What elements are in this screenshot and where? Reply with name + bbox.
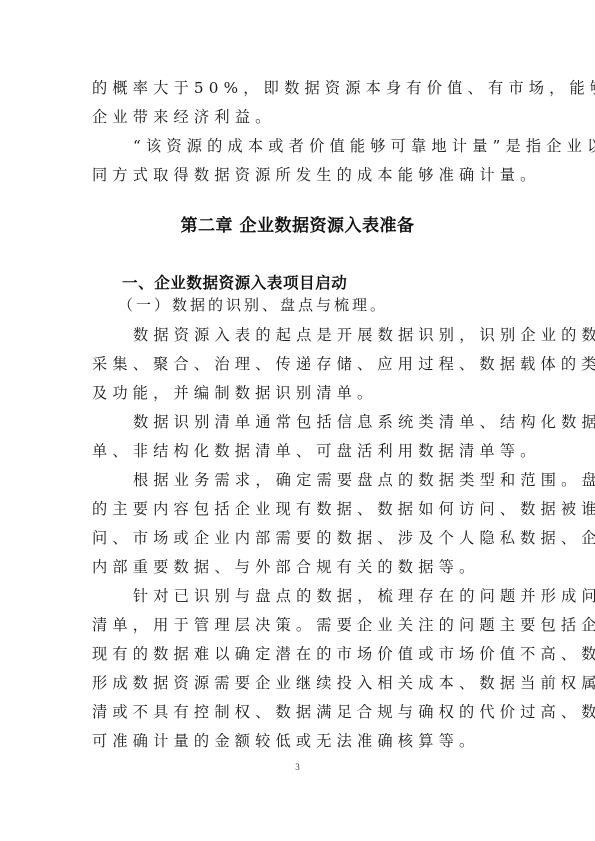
page-number: 3	[0, 762, 595, 772]
paragraph-line: 单、非结构化数据清单、可盘活利用数据清单等。	[92, 437, 504, 466]
paragraph-line: 的概率大于50%，即数据资源本身有价值、有市场，能够为	[92, 74, 504, 103]
chapter-title: 第二章 企业数据资源入表准备	[0, 211, 595, 236]
paragraph-line: 内部重要数据、与外部合规有关的数据等。	[92, 553, 504, 582]
document-page: 的概率大于50%，即数据资源本身有价值、有市场，能够为 企业带来经济利益。 “该…	[0, 0, 595, 841]
subsection-heading: （一）数据的识别、盘点与梳理。	[118, 294, 388, 315]
paragraph-line: 数据识别清单通常包括信息系统类清单、结构化数据清	[92, 408, 504, 437]
section-heading: 一、企业数据资源入表项目启动	[122, 271, 347, 293]
paragraph-line: 可准确计量的金额较低或无法准确核算等。	[92, 727, 504, 756]
paragraph-line: 根据业务需求，确定需要盘点的数据类型和范围。盘点	[92, 466, 504, 495]
paragraph-line: 同方式取得数据资源所发生的成本能够准确计量。	[92, 161, 504, 190]
paragraph-line: 企业带来经济利益。	[92, 103, 504, 132]
paragraph-line: 采集、聚合、治理、传递存储、应用过程、数据载体的类型	[92, 350, 504, 379]
paragraph-line: 数据资源入表的起点是开展数据识别，识别企业的数据	[92, 321, 504, 350]
paragraph-line: 及功能，并编制数据识别清单。	[92, 379, 504, 408]
paragraph-line: 清单，用于管理层决策。需要企业关注的问题主要包括企业	[92, 611, 504, 640]
paragraph-line: “该资源的成本或者价值能够可靠地计量”是指企业以不	[92, 132, 504, 161]
paragraph-line: 清或不具有控制权、数据满足合规与确权的代价过高、数据	[92, 698, 504, 727]
paragraph-line: 的主要内容包括企业现有数据、数据如何访问、数据被谁访	[92, 495, 504, 524]
paragraph-line: 问、市场或企业内部需要的数据、涉及个人隐私数据、企业	[92, 524, 504, 553]
intro-paragraphs: 的概率大于50%，即数据资源本身有价值、有市场，能够为 企业带来经济利益。 “该…	[92, 74, 504, 190]
paragraph-line: 形成数据资源需要企业继续投入相关成本、数据当前权属不	[92, 669, 504, 698]
paragraph-line: 现有的数据难以确定潜在的市场价值或市场价值不高、数据	[92, 640, 504, 669]
paragraph-line: 针对已识别与盘点的数据，梳理存在的问题并形成问题	[92, 582, 504, 611]
body-paragraphs: 数据资源入表的起点是开展数据识别，识别企业的数据 采集、聚合、治理、传递存储、应…	[92, 321, 504, 756]
